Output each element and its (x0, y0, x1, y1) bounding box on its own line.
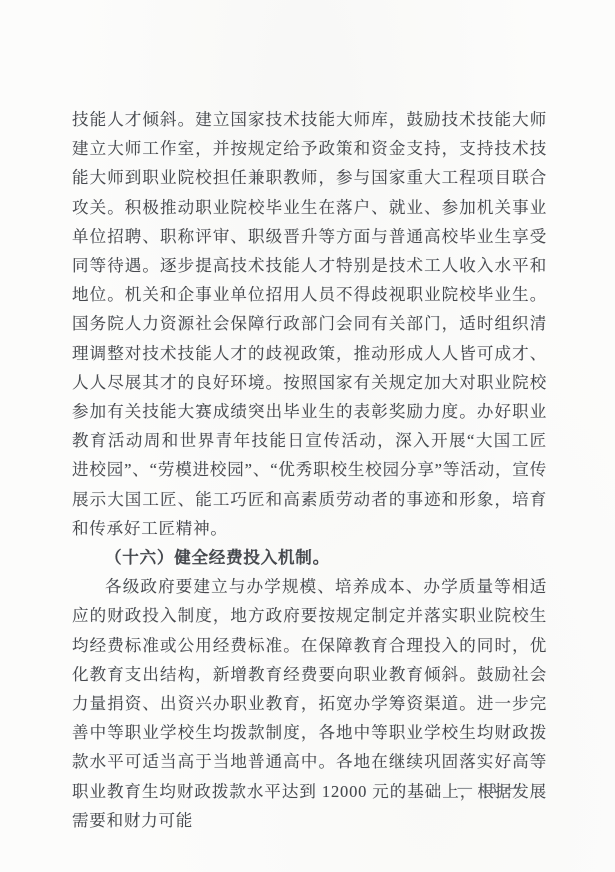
footer-dash-right: — (507, 780, 522, 797)
page-number: 13 (482, 781, 497, 798)
scanned-document-page: 技能人才倾斜。建立国家技术技能大师库，鼓励技术技能大师建立大师工作室，并按规定给… (0, 0, 615, 872)
page-footer: — 13 — (458, 781, 522, 798)
section-heading-16: （十六）健全经费投入机制。 (72, 543, 547, 572)
footer-dash-left: — (458, 780, 473, 797)
document-body: 技能人才倾斜。建立国家技术技能大师库，鼓励技术技能大师建立大师工作室，并按规定给… (72, 105, 547, 835)
paragraph-continuation: 技能人才倾斜。建立国家技术技能大师库，鼓励技术技能大师建立大师工作室，并按规定给… (72, 105, 547, 543)
